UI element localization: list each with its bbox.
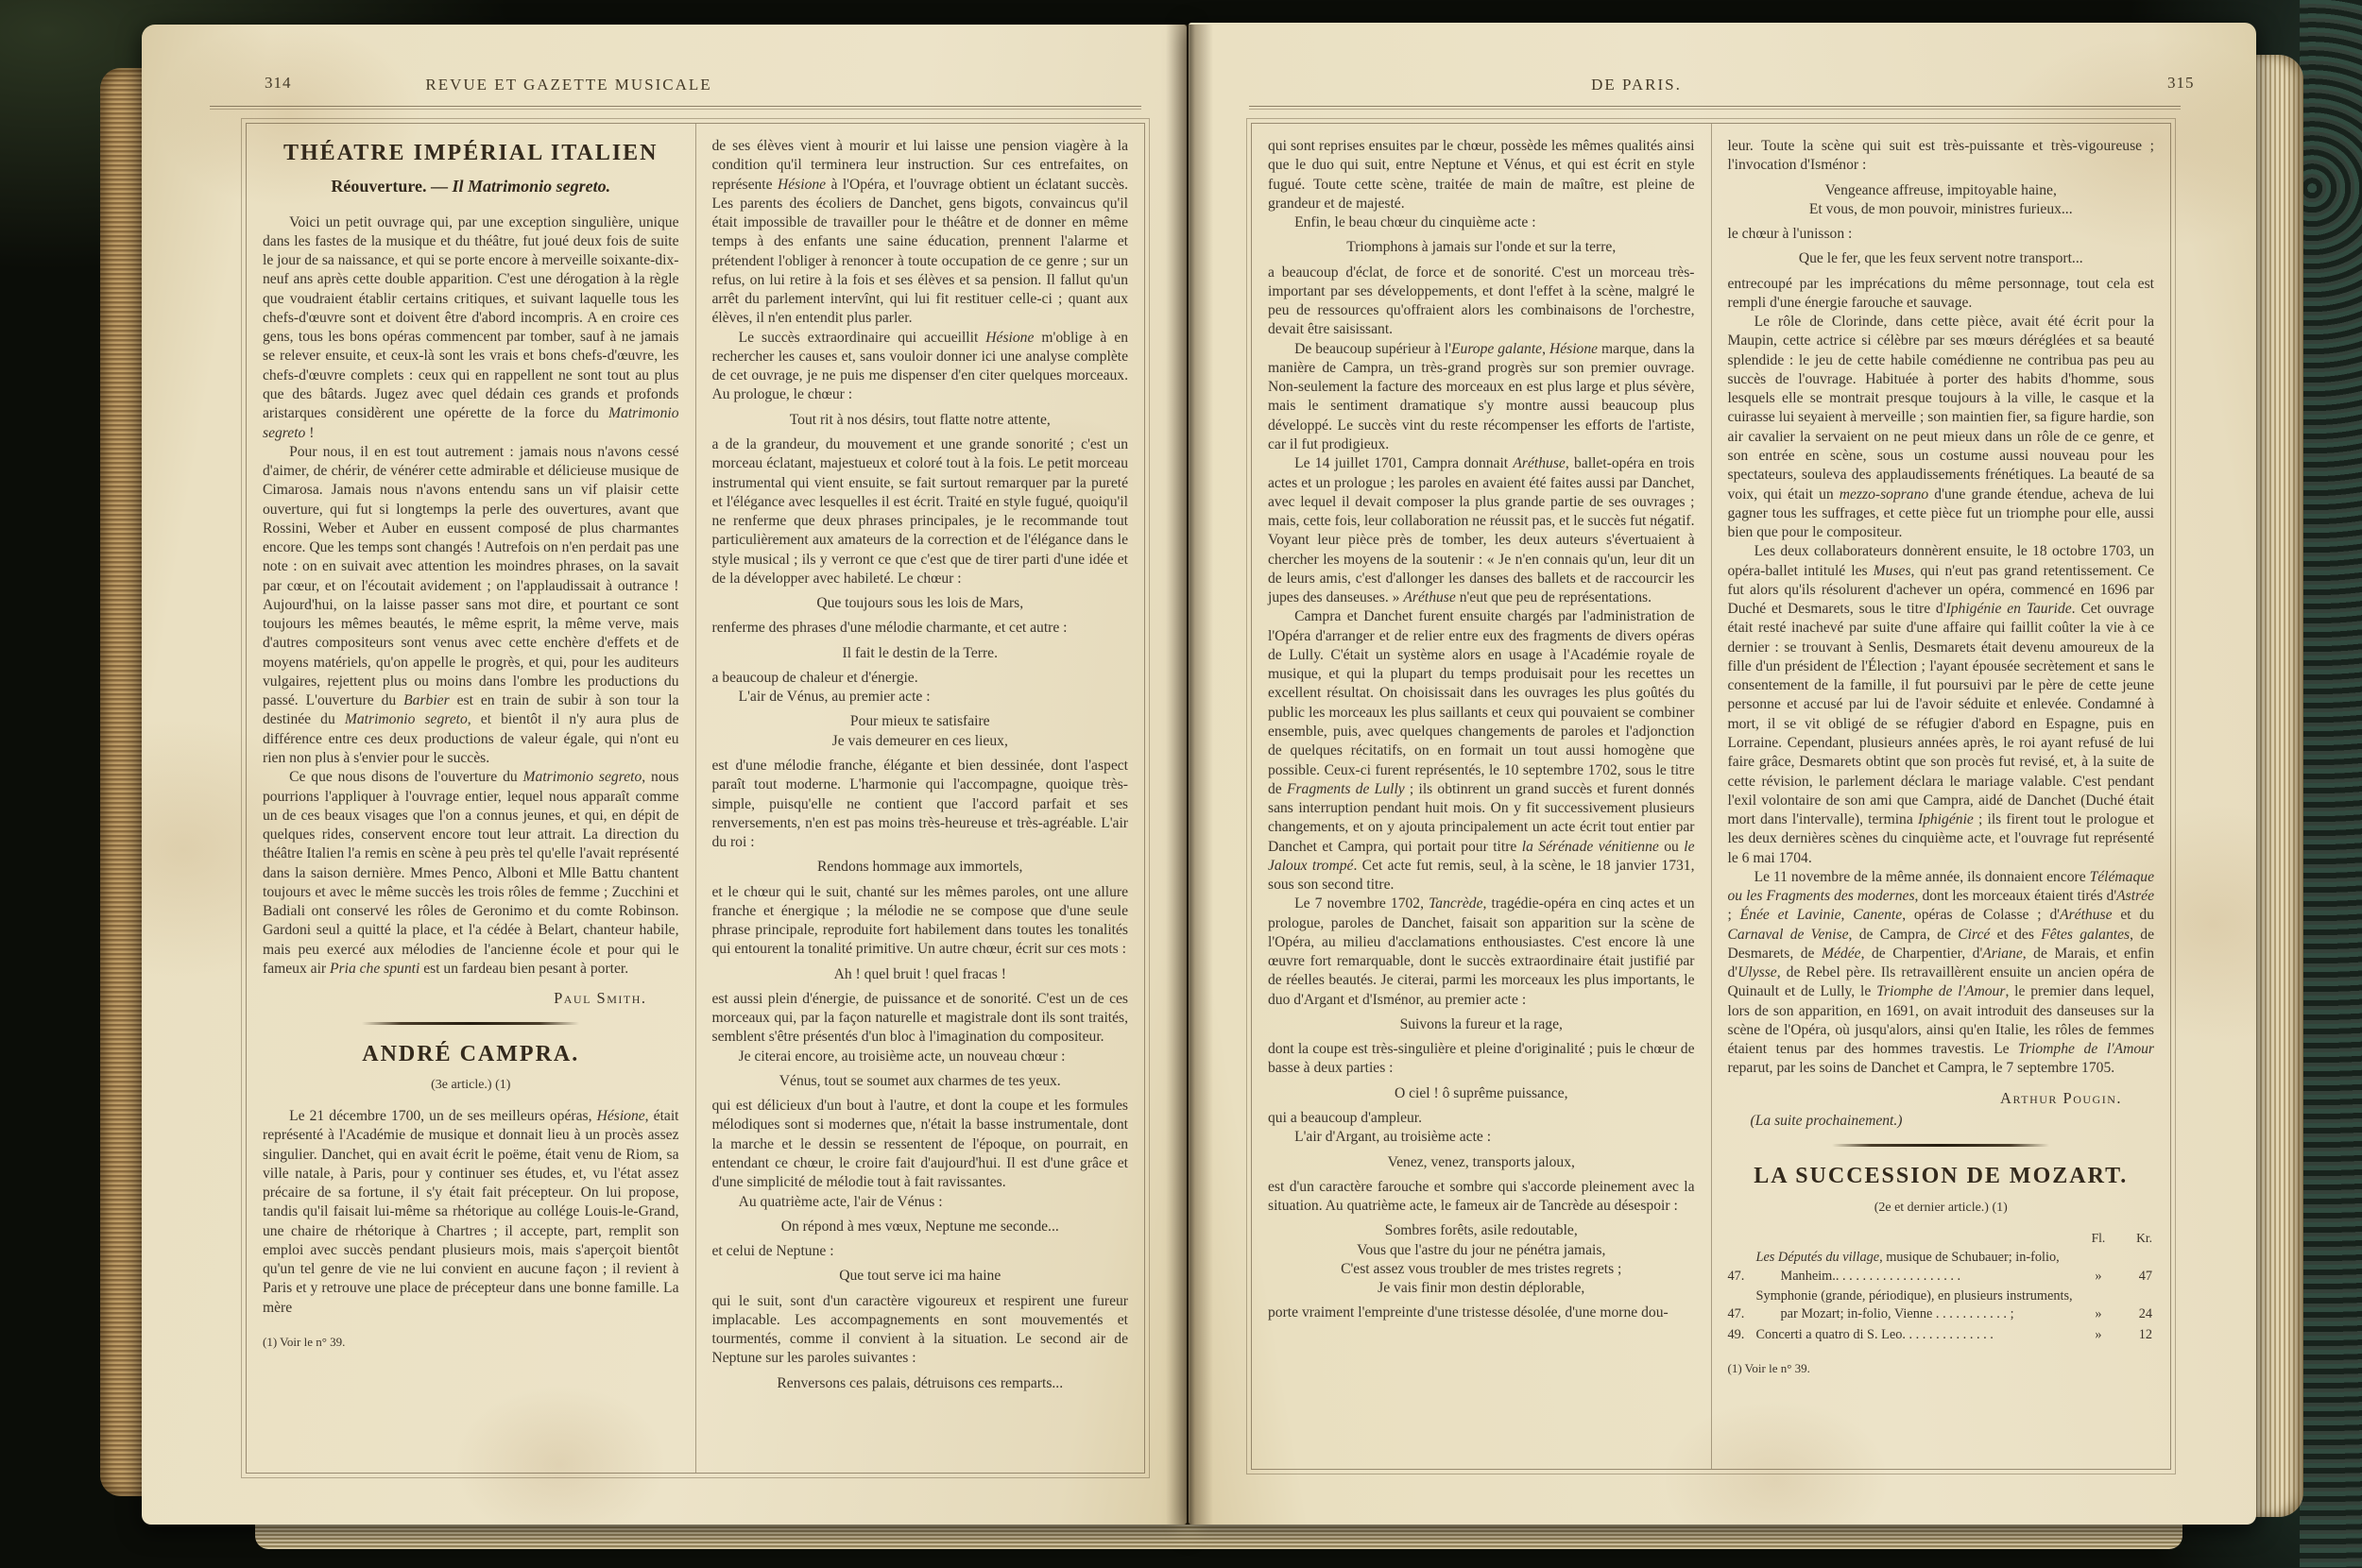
paragraph: Le 11 novembre de la même année, ils don… xyxy=(1728,868,2155,1079)
price-table-row: 49.Concerti a quatro di S. Leo. . . . . … xyxy=(1728,1326,2155,1344)
item-number: 49. xyxy=(1728,1326,1756,1344)
paragraph-continuation: a beaucoup de chaleur et d'énergie. xyxy=(712,669,1129,688)
paragraph: Ce que nous disons de l'ouverture du Mat… xyxy=(263,768,679,979)
item-description: Les Députés du village, musique de Schub… xyxy=(1756,1249,2081,1286)
paragraph: Pour nous, il en est tout autrement : ja… xyxy=(263,443,679,769)
header-rule-right xyxy=(1249,106,2181,107)
paragraph-continuation: dont la coupe est très-singulière et ple… xyxy=(1268,1040,1695,1079)
item-description: Symphonie (grande, périodique), en plusi… xyxy=(1756,1287,2081,1324)
verse-quote: Suivons la fureur et la rage, xyxy=(1268,1015,1695,1034)
column-1: THÉATRE IMPÉRIAL ITALIENRéouverture. — I… xyxy=(247,124,695,1473)
paragraph-continuation: le chœur à l'unisson : xyxy=(1728,225,2155,244)
paragraph-continuation: entrecoupé par les imprécations du même … xyxy=(1728,275,2155,314)
header-rule-left xyxy=(210,106,1141,107)
paragraph-continuation: est d'un caractère farouche et sombre qu… xyxy=(1268,1178,1695,1217)
verse-quote: Que le fer, que les feux servent notre t… xyxy=(1728,249,2155,268)
author-signature: Paul Smith. xyxy=(263,988,679,1008)
article-title: ANDRÉ CAMPRA. xyxy=(263,1040,679,1069)
article-title: THÉATRE IMPÉRIAL ITALIEN xyxy=(263,139,679,168)
book-bottom-page-stack xyxy=(255,1525,2182,1549)
running-head-right: DE PARIS. xyxy=(1591,76,1682,94)
author-signature: Arthur Pougin. xyxy=(1728,1088,2155,1108)
paragraph: Enfin, le beau chœur du cinquième acte : xyxy=(1268,213,1695,232)
item-description: Concerti a quatro di S. Leo. . . . . . .… xyxy=(1756,1326,2081,1344)
item-price-kreuzer: 12 xyxy=(2116,1326,2154,1344)
page-number-left: 314 xyxy=(265,74,292,93)
paragraph: Le 7 novembre 1702, Tancrède, tragédie-o… xyxy=(1268,895,1695,1010)
verse-quote: Pour mieux te satisfaireJe vais demeurer… xyxy=(712,712,1129,751)
paragraph-continuation: a beaucoup d'éclat, de force et de sonor… xyxy=(1268,264,1695,340)
paragraph: Je citerai encore, au troisième acte, un… xyxy=(712,1048,1129,1066)
running-head-left: REVUE ET GAZETTE MUSICALE xyxy=(425,76,711,94)
paragraph: De beaucoup supérieur à l'Europe galante… xyxy=(1268,340,1695,455)
paragraph-continuation: a de la grandeur, du mouvement et une gr… xyxy=(712,435,1129,588)
price-table-row: 47.Les Députés du village, musique de Sc… xyxy=(1728,1249,2155,1286)
verse-quote: Que tout serve ici ma haine xyxy=(712,1267,1129,1286)
paragraph: Le rôle de Clorinde, dans cette pièce, a… xyxy=(1728,313,2155,542)
item-price-kreuzer: 47 xyxy=(2116,1268,2154,1286)
verse-quote: Renversons ces palais, détruisons ces re… xyxy=(712,1374,1129,1393)
item-price-florin: » xyxy=(2080,1326,2116,1344)
verse-quote: O ciel ! ô suprême puissance, xyxy=(1268,1084,1695,1103)
column-4: leur. Toute la scène qui suit est très-p… xyxy=(1711,124,2171,1469)
text-frame-left: THÉATRE IMPÉRIAL ITALIENRéouverture. — I… xyxy=(246,123,1145,1474)
page-number-right: 315 xyxy=(2167,74,2195,93)
footnote: (1) Voir le n° 39. xyxy=(263,1335,679,1351)
marbled-cover-edge xyxy=(2300,0,2362,1568)
column-3: qui sont reprises ensuites par le chœur,… xyxy=(1252,124,1711,1469)
paragraph: Au quatrième acte, l'air de Vénus : xyxy=(712,1193,1129,1212)
paragraph-continuation: qui a beaucoup d'ampleur. xyxy=(1268,1109,1695,1128)
article-note: (2e et dernier article.) (1) xyxy=(1728,1200,2155,1217)
verse-quote: Vengeance affreuse, impitoyable haine,Et… xyxy=(1728,181,2155,220)
verse-quote: Que toujours sous les lois de Mars, xyxy=(712,594,1129,613)
book-gilt-page-edges xyxy=(100,68,145,1496)
text-frame-right: qui sont reprises ensuites par le chœur,… xyxy=(1251,123,2171,1470)
paragraph-continuation: porte vraiment l'empreinte d'une tristes… xyxy=(1268,1304,1695,1322)
continuation-note: (La suite prochainement.) xyxy=(1751,1112,2155,1131)
verse-quote: Sombres forêts, asile redoutable,Vous qu… xyxy=(1268,1221,1695,1298)
section-divider xyxy=(1832,1144,2049,1147)
article-title: LA SUCCESSION DE MOZART. xyxy=(1728,1162,2155,1191)
paragraph: Le 21 décembre 1700, un de ses meilleurs… xyxy=(263,1107,679,1318)
section-divider xyxy=(362,1022,579,1025)
paragraph-continuation: renferme des phrases d'une mélodie charm… xyxy=(712,619,1129,638)
paragraph-continuation: leur. Toute la scène qui suit est très-p… xyxy=(1728,137,2155,176)
verse-quote: Triomphons à jamais sur l'onde et sur la… xyxy=(1268,238,1695,257)
verse-quote: On répond à mes vœux, Neptune me seconde… xyxy=(712,1218,1129,1236)
paragraph-continuation: est aussi plein d'énergie, de puissance … xyxy=(712,990,1129,1048)
item-price-florin: » xyxy=(2080,1305,2116,1323)
paragraph-continuation: et celui de Neptune : xyxy=(712,1242,1129,1261)
verse-quote: Ah ! quel bruit ! quel fracas ! xyxy=(712,965,1129,984)
paragraph: Campra et Danchet furent ensuite chargés… xyxy=(1268,607,1695,895)
scanned-journal-spread: { "journal": { "left_page_number": "314"… xyxy=(0,0,2362,1568)
verse-quote: Tout rit à nos désirs, tout flatte notre… xyxy=(712,411,1129,430)
paragraph: L'air d'Argant, au troisième acte : xyxy=(1268,1128,1695,1147)
item-price-florin: » xyxy=(2080,1268,2116,1286)
verse-quote: Venez, venez, transports jaloux, xyxy=(1268,1153,1695,1172)
journal-page-314: 314 REVUE ET GAZETTE MUSICALE THÉATRE IM… xyxy=(142,25,1187,1525)
paragraph-continuation: et le chœur qui le suit, chanté sur les … xyxy=(712,883,1129,960)
article-subtitle: Réouverture. — Il Matrimonio segreto. xyxy=(263,176,679,197)
paragraph: Le 14 juillet 1701, Campra donnait Aréth… xyxy=(1268,454,1695,607)
item-price-kreuzer: 24 xyxy=(2116,1305,2154,1323)
verse-quote: Vénus, tout se soumet aux charmes de tes… xyxy=(712,1072,1129,1091)
item-number: 47. xyxy=(1728,1305,1756,1323)
item-number: 47. xyxy=(1728,1268,1756,1286)
paragraph: Voici un petit ouvrage qui, par une exce… xyxy=(263,213,679,443)
currency-col-florin: Fl. xyxy=(2080,1230,2116,1247)
footnote: (1) Voir le n° 39. xyxy=(1728,1361,2155,1377)
paragraph-continuation: qui sont reprises ensuites par le chœur,… xyxy=(1268,137,1695,213)
paragraph-continuation: qui le suit, sont d'un caractère vigoure… xyxy=(712,1292,1129,1369)
paragraph-continuation: de ses élèves vient à mourir et lui lais… xyxy=(712,137,1129,329)
paragraph-continuation: qui est délicieux d'un bout à l'autre, e… xyxy=(712,1097,1129,1192)
verse-quote: Rendons hommage aux immortels, xyxy=(712,858,1129,877)
paragraph: Le succès extraordinaire qui accueillit … xyxy=(712,329,1129,405)
book-fore-edge-pages xyxy=(2252,55,2303,1517)
paragraph: L'air de Vénus, au premier acte : xyxy=(712,688,1129,707)
price-table-row: 47.Symphonie (grande, périodique), en pl… xyxy=(1728,1287,2155,1324)
paragraph-continuation: est d'une mélodie franche, élégante et b… xyxy=(712,757,1129,852)
article-note: (3e article.) (1) xyxy=(263,1077,679,1094)
verse-quote: Il fait le destin de la Terre. xyxy=(712,644,1129,663)
currency-col-kreuzer: Kr. xyxy=(2116,1230,2154,1247)
paragraph: Les deux collaborateurs donnèrent ensuit… xyxy=(1728,542,2155,868)
price-table-header: Fl.Kr. xyxy=(1728,1230,2155,1247)
journal-page-315: DE PARIS. 315 qui sont reprises ensuites… xyxy=(1189,23,2256,1525)
column-2: de ses élèves vient à mourir et lui lais… xyxy=(695,124,1145,1473)
